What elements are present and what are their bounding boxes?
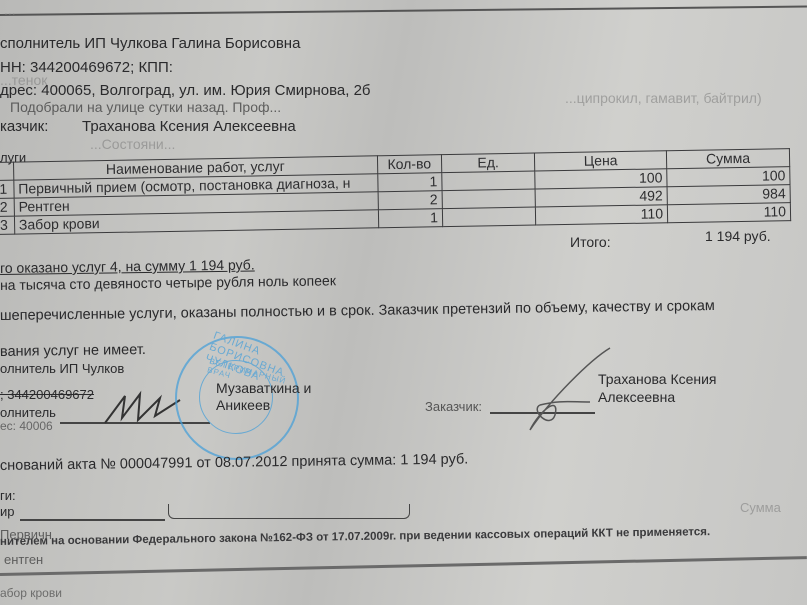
executor-sign-label: олнитель — [0, 405, 56, 420]
bleed-text: абор крови — [0, 586, 62, 600]
paper-edge — [0, 6, 807, 16]
row-unit — [442, 207, 536, 227]
customer-sign-label: Заказчик: — [425, 399, 482, 414]
ghost-line: ...Состояни... — [90, 136, 175, 152]
customer-label: казчик: — [0, 118, 48, 135]
bottom-rule — [0, 556, 807, 576]
executor-inn: ; 344200469672 — [0, 387, 94, 402]
row-unit — [442, 171, 536, 191]
row-sum: 100 — [667, 167, 790, 187]
cashier-name-bracket — [168, 504, 410, 519]
executor-sign-line: олнитель ИП Чулков — [0, 361, 124, 376]
total-value: 1 194 руб. — [705, 228, 771, 244]
col-qty: Кол-во — [377, 155, 442, 174]
row-price: 110 — [536, 205, 668, 225]
services-short: ги: — [0, 488, 16, 503]
customer-sign-name-2: Алексеевна — [598, 389, 675, 405]
col-unit: Ед. — [441, 153, 535, 173]
ghost-line: ...ципрокил, гамавит, байтрил) — [565, 90, 762, 106]
customer-name: Траханова Ксения Алексеевна — [82, 118, 296, 135]
statement-line-2: вания услуг не имеет. — [0, 342, 146, 360]
row-qty: 1 — [378, 209, 443, 228]
statement-line-1: шеперечисленные услуги, оказаны полность… — [0, 298, 715, 324]
executor-name-1: Музаваткина и — [216, 380, 311, 396]
col-number — [0, 162, 14, 180]
total-label: Итого: — [570, 234, 611, 250]
services-table: Наименование работ, услуг Кол-во Ед. Цен… — [0, 148, 791, 235]
row-sum: 110 — [667, 203, 790, 223]
row-number: 1 — [0, 180, 14, 198]
receipt-line: снований акта № 000047991 от 08.07.2012 … — [0, 451, 468, 474]
amount-in-words: на тысяча сто девяносто четыре рубля нол… — [0, 272, 336, 293]
col-sum: Сумма — [666, 149, 789, 169]
faded-header-text: ... — [4, 2, 16, 18]
bleed-text: Сумма — [740, 500, 781, 515]
customer-sign-name-1: Траханова Ксения — [598, 371, 717, 387]
executor-name-2: Аникеев — [216, 397, 270, 413]
row-unit — [442, 189, 536, 209]
row-qty: 1 — [377, 173, 442, 192]
executor-address: ес: 40006 — [0, 419, 53, 433]
law-line: нителем на основании Федерального закона… — [0, 526, 710, 548]
row-price: 100 — [535, 169, 667, 189]
row-sum: 984 — [667, 185, 790, 205]
row-price: 492 — [535, 187, 667, 207]
row-qty: 2 — [378, 191, 443, 210]
cashier-label: ир — [0, 504, 15, 519]
ghost-line: Подобрали на улице сутки назад. Проф... — [10, 99, 281, 115]
col-price: Цена — [535, 151, 667, 171]
bleed-text: ентген — [4, 552, 43, 567]
row-number: 3 — [0, 216, 15, 234]
row-number: 2 — [0, 198, 14, 216]
cashier-signature-line — [20, 519, 165, 521]
executor-line: сполнитель ИП Чулкова Галина Борисовна — [0, 35, 300, 52]
address-line: дрес: 400065, Волгоград, ул. им. Юрия См… — [0, 82, 371, 99]
